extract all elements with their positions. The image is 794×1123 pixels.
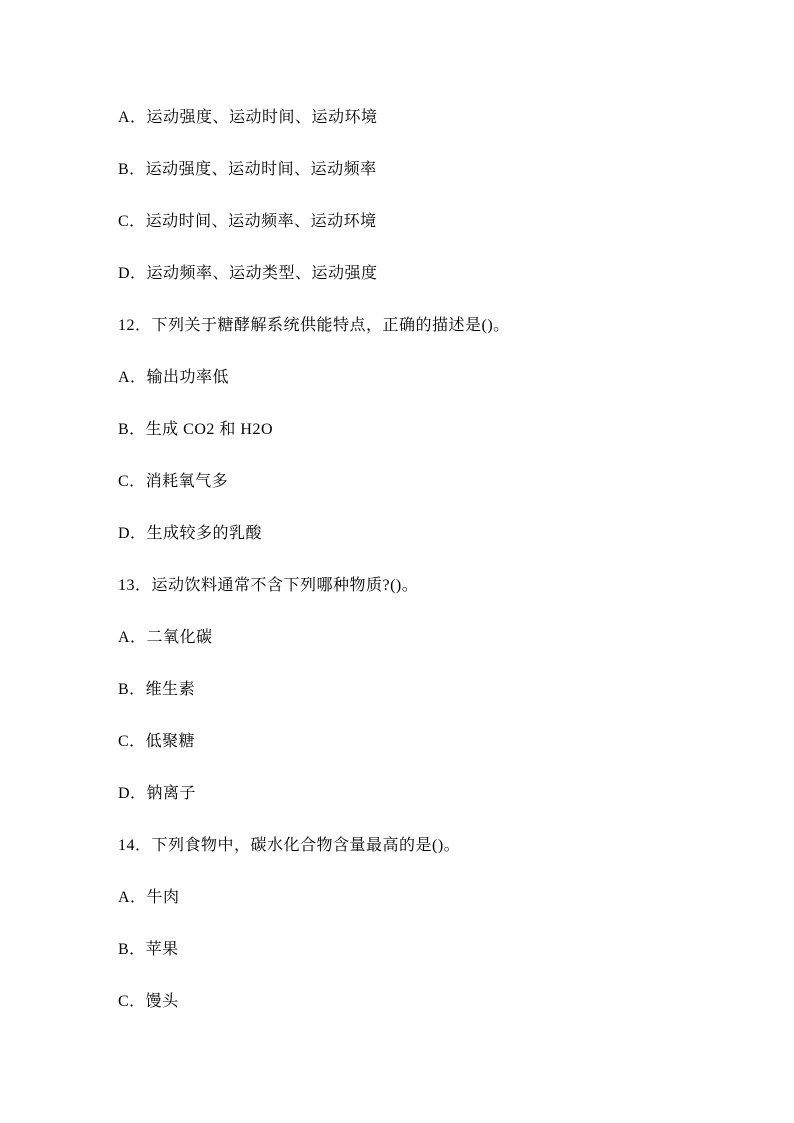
option-line: D．钠离子 bbox=[118, 786, 724, 802]
option-line: B．苹果 bbox=[118, 942, 724, 958]
option-line: A．运动强度、运动时间、运动环境 bbox=[118, 110, 724, 126]
document-page: A．运动强度、运动时间、运动环境 B．运动强度、运动时间、运动频率 C．运动时间… bbox=[0, 0, 794, 1123]
option-line: D．生成较多的乳酸 bbox=[118, 526, 724, 542]
option-line: A．输出功率低 bbox=[118, 370, 724, 386]
option-line: C．馒头 bbox=[118, 994, 724, 1010]
option-line: C．消耗氧气多 bbox=[118, 474, 724, 490]
option-line: C．低聚糖 bbox=[118, 734, 724, 750]
option-line: C．运动时间、运动频率、运动环境 bbox=[118, 214, 724, 230]
option-line: B．生成 CO2 和 H2O bbox=[118, 422, 724, 438]
question-stem: 13．运动饮料通常不含下列哪种物质?()。 bbox=[118, 578, 724, 594]
option-line: A．二氧化碳 bbox=[118, 630, 724, 646]
question-stem: 12．下列关于糖酵解系统供能特点，正确的描述是()。 bbox=[118, 318, 724, 334]
option-line: B．运动强度、运动时间、运动频率 bbox=[118, 162, 724, 178]
question-stem: 14．下列食物中，碳水化合物含量最高的是()。 bbox=[118, 838, 724, 854]
option-line: D．运动频率、运动类型、运动强度 bbox=[118, 266, 724, 282]
option-line: A．牛肉 bbox=[118, 890, 724, 906]
option-line: B．维生素 bbox=[118, 682, 724, 698]
